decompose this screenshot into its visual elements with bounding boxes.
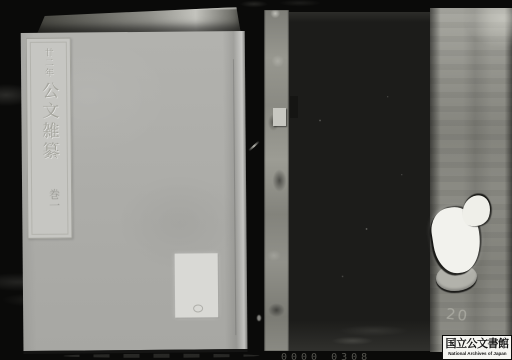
page-bottom-glints [64, 354, 260, 358]
watermark-english-title: National Archives of Japan [448, 351, 506, 356]
torn-paper-patch [428, 194, 498, 298]
watermark-japanese-title: 国立公文書館 [446, 339, 509, 350]
title-label-era: 廿二年 [44, 48, 53, 78]
title-label-volume: 巻一 [45, 189, 61, 211]
right-book-spine [264, 10, 289, 351]
right-book-dark-cover [289, 12, 430, 351]
spine-light-patch [273, 108, 286, 126]
left-book: 廿二年 公文雑纂 巻一 [21, 7, 250, 353]
scratch-mark [248, 141, 260, 152]
spine-speck [257, 315, 261, 321]
frame-number: 0000 0308 [281, 352, 371, 360]
archive-scan-photo: 廿二年 公文雑纂 巻一 20 0000 0308 国立公文書館 National… [0, 0, 512, 360]
cover-fold-line [233, 59, 236, 335]
blank-paste-label [175, 253, 219, 317]
title-label: 廿二年 公文雑纂 巻一 [26, 38, 73, 239]
right-book-worn-edge-strip [430, 8, 512, 352]
left-book-cover: 廿二年 公文雑纂 巻一 [21, 31, 248, 354]
faint-stamp-mark [193, 304, 203, 312]
archive-watermark: 国立公文書館 National Archives of Japan [442, 335, 512, 360]
handwritten-number: 20 [445, 305, 470, 326]
title-label-title: 公文雑纂 [40, 82, 58, 162]
cover-nick [290, 96, 298, 118]
